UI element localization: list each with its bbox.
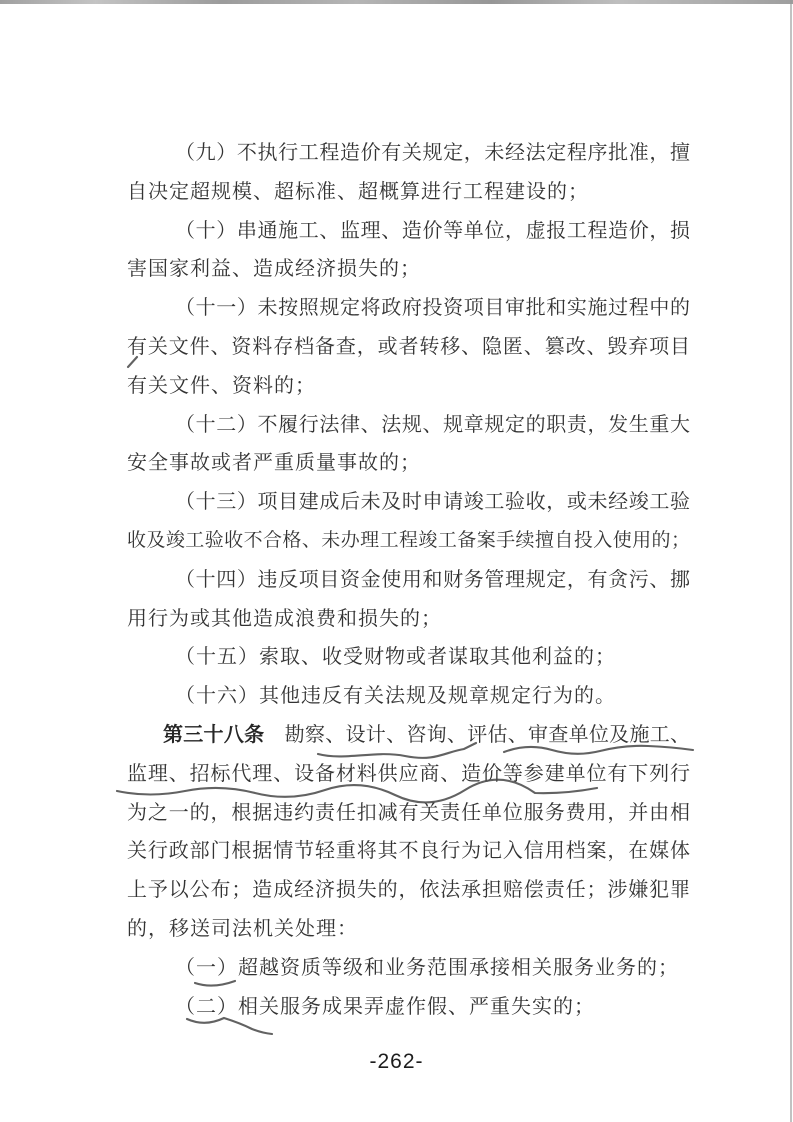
scan-edge-artifact-top [0, 0, 793, 4]
doc-line: （十四）违反项目资金使用和财务管理规定，有贪污、挪 [127, 561, 690, 600]
doc-line: 用行为或其他造成浪费和损失的； [127, 600, 690, 639]
doc-line: （十）串通施工、监理、造价等单位，虚报工程造价，损 [127, 212, 690, 251]
doc-line: （十六）其他违反有关法规及规章规定行为的。 [127, 677, 690, 716]
doc-line: （二）相关服务成果弄虚作假、严重失实的； [127, 988, 690, 1027]
doc-line: （九）不执行工程造价有关规定，未经法定程序批准，擅 [127, 134, 690, 173]
doc-line-article-38: 第三十八条勘察、设计、咨询、评估、审查单位及施工、 [127, 716, 690, 755]
doc-line: 有关文件、资料的； [127, 367, 690, 406]
doc-line: 收及竣工验收不合格、未办理工程竣工备案手续擅自投入使用的； [127, 522, 690, 561]
scanned-document-page: （九）不执行工程造价有关规定，未经法定程序批准，擅 自决定超规模、超标准、超概算… [0, 0, 793, 1122]
page-number: -262- [0, 1050, 793, 1074]
doc-line: 关行政部门根据情节轻重将其不良行为记入信用档案，在媒体 [127, 832, 690, 871]
doc-line: （一）超越资质等级和业务范围承接相关服务业务的； [127, 949, 690, 988]
doc-line: 安全事故或者严重质量事故的； [127, 444, 690, 483]
doc-line: 害国家利益、造成经济损失的； [127, 250, 690, 289]
doc-line: （十一）未按照规定将政府投资项目审批和实施过程中的 [127, 289, 690, 328]
doc-line: 上予以公布；造成经济损失的，依法承担赔偿责任；涉嫌犯罪 [127, 871, 690, 910]
doc-line: （十二）不履行法律、法规、规章规定的职责，发生重大 [127, 406, 690, 445]
scan-edge-artifact-right [790, 0, 792, 1122]
doc-line: 的，移送司法机关处理： [127, 910, 690, 949]
doc-line: 为之一的，根据违约责任扣减有关责任单位服务费用，并由相 [127, 794, 690, 833]
doc-line: 监理、招标代理、设备材料供应商、造价等参建单位有下列行 [127, 755, 690, 794]
doc-line: 有关文件、资料存档备查，或者转移、隐匿、篡改、毁弃项目 [127, 328, 690, 367]
article-number-heading: 第三十八条 [163, 724, 264, 746]
doc-line: （十五）索取、收受财物或者谋取其他利益的； [127, 638, 690, 677]
article-text: 勘察、设计、咨询、评估、审查单位及施工、 [284, 724, 690, 746]
doc-line: 自决定超规模、超标准、超概算进行工程建设的； [127, 173, 690, 212]
doc-line: （十三）项目建成后未及时申请竣工验收，或未经竣工验 [127, 483, 690, 522]
document-body: （九）不执行工程造价有关规定，未经法定程序批准，擅 自决定超规模、超标准、超概算… [127, 134, 690, 1026]
